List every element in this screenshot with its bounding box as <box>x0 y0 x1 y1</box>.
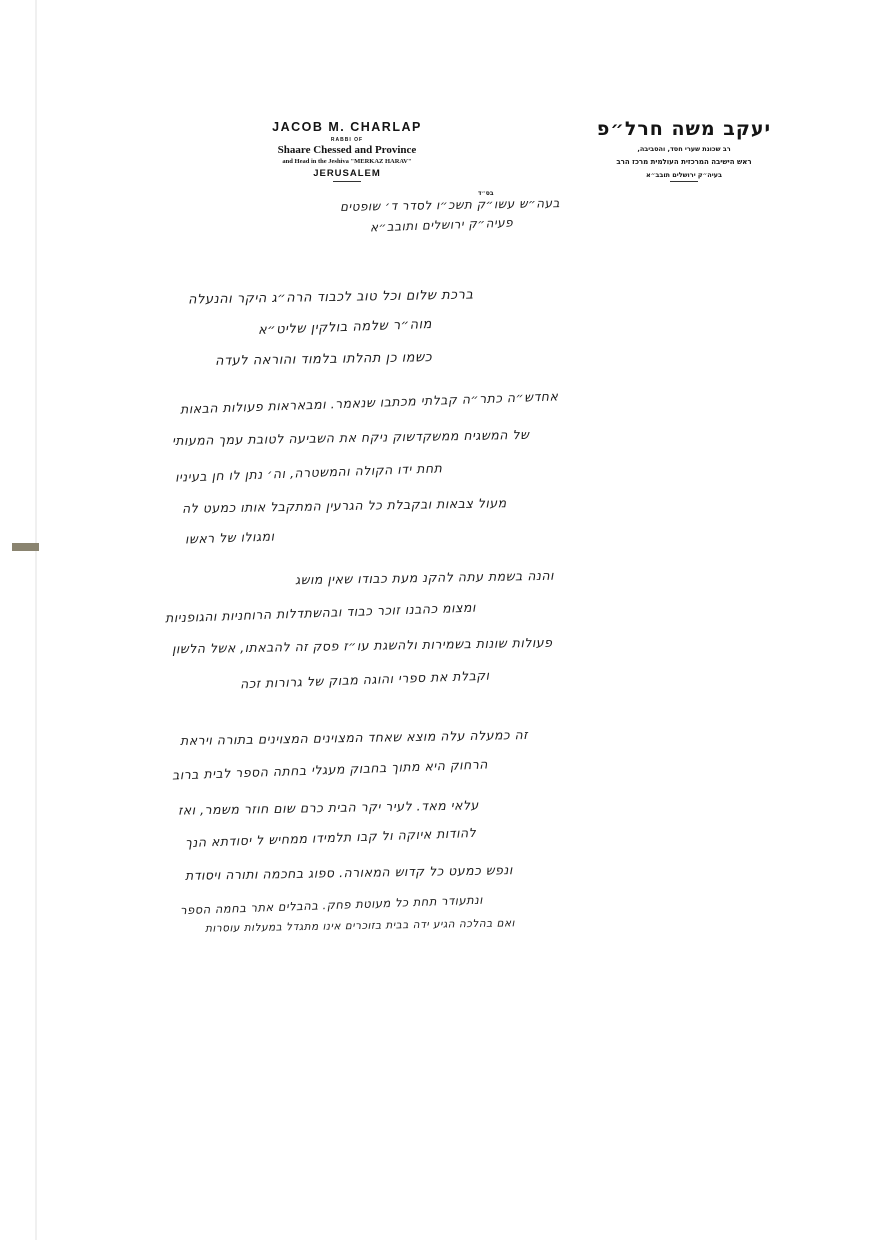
handwritten-line: כשמו כן תהלתו בלמוד והוראה לעדה <box>215 350 432 369</box>
letterhead-city: JERUSALEM <box>222 168 472 179</box>
handwritten-line: ונתעודר תחת כל מעוטת פחק. בהבלים אתר בחמ… <box>180 893 483 918</box>
handwritten-line: ומגולו של ראשו <box>185 528 275 546</box>
bsd-mark: בס״ד <box>478 190 494 197</box>
handwritten-line: פעולות שונות בשמירות ולהשגת עו״ז פסק זה … <box>172 635 553 657</box>
handwritten-line: וקבלת את ספרי והוגה מבוק של גרורות זכה <box>240 668 490 692</box>
handwritten-line: ונפש כמעט כל קדוש המאורה. ספוג בחכמה ותו… <box>185 862 513 883</box>
letterhead-hebrew: יעקב משה חרל״פ רב שכונת שערי חסד, והסביב… <box>548 118 820 182</box>
handwritten-line: והנה בשמת עתה להקנ מעת כבודו שאין מושג <box>295 568 554 588</box>
handwritten-line: פעיה״ק ירושלים ותובב״א <box>370 216 514 235</box>
letterhead-name: JACOB M. CHARLAP <box>222 120 472 134</box>
handwritten-line: תחת ידו הקולה והמשטרה, וה׳ נתן לו חן בעי… <box>175 460 443 484</box>
letterhead-congregation: Shaare Chessed and Province <box>222 144 472 156</box>
handwritten-line: ברכת שלום וכל טוב לכבוד הרה״ג היקר והנעל… <box>188 288 474 308</box>
letterhead-title: RABBI OF <box>222 137 472 143</box>
letterhead-rule <box>333 181 361 182</box>
letterhead-hebrew-line1: רב שכונת שערי חסד, והסביבה, <box>548 145 820 153</box>
handwritten-line: הרחוק היא מתוך בחבוק מעגלי בחתה הספר לבי… <box>172 756 488 782</box>
letterhead-yeshiva: and Head in the Jeshiva "MERKAZ HARAV" <box>222 158 472 165</box>
handwritten-line: זה כמעלה עלה מוצא שאחד המצוינים המצוינים… <box>180 727 528 748</box>
letterhead-hebrew-name: יעקב משה חרל״פ <box>548 118 820 140</box>
handwritten-line: מוה״ר שלמה בולקין שליט״א <box>258 317 432 338</box>
punch-hole-mark <box>12 543 39 551</box>
handwritten-line: אחדש״ה כתר״ה קבלתי מכתבו שנאמר. ומבאראות… <box>180 388 559 416</box>
handwritten-line: מעול צבאות ובקבלת כל הגרעין המתקבל אותו … <box>182 495 507 516</box>
handwritten-line: עלאי מאד. לעיר יקר הבית כרם שום חוזר משמ… <box>178 797 479 817</box>
handwritten-line: של המשגיח ממשקדשוק ניקח את השביעה לטובת … <box>172 427 530 448</box>
letterhead-hebrew-line3: בעיה״ק ירושלים תובב״א <box>548 171 820 179</box>
letterhead-hebrew-line2: ראש הישיבה המרכזית העולמית מרכז הרב <box>548 158 820 166</box>
handwritten-line: להודות איוקה ול קבו תלמידו ממחיש ל יסודת… <box>185 825 477 850</box>
page-edge <box>35 0 37 1240</box>
handwritten-line: ואם בהלכה הגיע ידה בבית בזוכרים אינו מתג… <box>205 917 515 934</box>
handwritten-line: בעה״ש עשו״ק תשכ״ו לסדר ד׳ שופטים <box>340 196 560 214</box>
handwritten-line: ומצומ כהבנו זוכר כבוד ובהשתדלות הרוחניות… <box>165 600 476 626</box>
letterhead-hebrew-rule <box>670 181 698 182</box>
letterhead-english: JACOB M. CHARLAP RABBI OF Shaare Chessed… <box>222 120 472 182</box>
